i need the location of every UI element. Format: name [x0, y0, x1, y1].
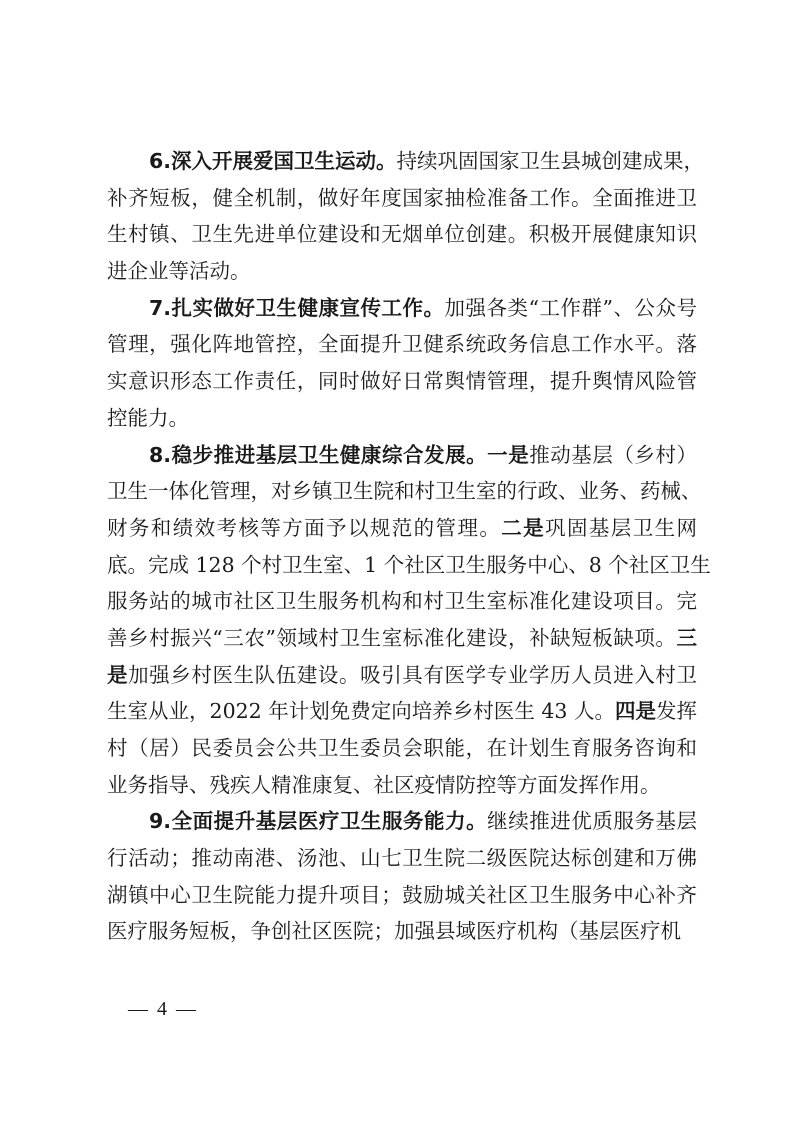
text-line: 卫生一体化管理，对乡镇卫生院和村卫生室的行政、业务、药械、	[107, 473, 697, 510]
body-text: 进企业等活动。	[107, 259, 251, 283]
bold-text: 9.全面提升基层医疗卫生服务能力。	[149, 809, 487, 833]
text-line: 7.扎实做好卫生健康宣传工作。加强各类“工作群”、公众号	[107, 290, 697, 327]
text-line: 是加强乡村医生队伍建设。吸引具有医学专业学历人员进入村卫	[107, 657, 697, 694]
text-line: 实意识形态工作责任，同时做好日常舆情管理，提升舆情风险管	[107, 363, 697, 400]
text-line: 财务和绩效考核等方面予以规范的管理。二是巩固基层卫生网	[107, 510, 697, 547]
text-line: 生室从业，2022 年计划免费定向培养乡村医生 43 人。四是发挥	[107, 693, 697, 730]
document-body: 6.深入开展爱国卫生运动。持续巩固国家卫生县城创建成果，补齐短板，健全机制，做好…	[107, 143, 697, 950]
text-line: 村（居）民委员会公共卫生委员会职能，在计划生育服务咨询和	[107, 730, 697, 767]
text-line: 行活动；推动南港、汤池、山七卫生院二级医院达标创建和万佛	[107, 840, 697, 877]
paragraph-p6: 6.深入开展爱国卫生运动。持续巩固国家卫生县城创建成果，补齐短板，健全机制，做好…	[107, 143, 697, 290]
body-text: 财务和绩效考核等方面予以规范的管理。	[107, 516, 501, 540]
text-line: 补齐短板，健全机制，做好年度国家抽检准备工作。全面推进卫	[107, 180, 697, 217]
paragraph-p8: 8.稳步推进基层卫生健康综合发展。一是推动基层（乡村）卫生一体化管理，对乡镇卫生…	[107, 437, 697, 804]
text-line: 控能力。	[107, 400, 697, 437]
body-text: 加强各类“工作群”、公众号	[445, 296, 697, 320]
body-text: 行活动；推动南港、汤池、山七卫生院二级医院达标创建和万佛	[107, 846, 697, 870]
paragraph-p7: 7.扎实做好卫生健康宣传工作。加强各类“工作群”、公众号管理，强化阵地管控，全面…	[107, 290, 697, 437]
bold-text: 7.扎实做好卫生健康宣传工作。	[149, 296, 445, 320]
text-line: 湖镇中心卫生院能力提升项目；鼓励城关社区卫生服务中心补齐	[107, 877, 697, 914]
body-text: 推动基层（乡村）	[529, 443, 697, 467]
body-text: 管理，强化阵地管控，全面提升卫健系统政务信息工作水平。落	[107, 332, 697, 356]
body-text: 发挥	[656, 699, 697, 723]
text-line: 业务指导、残疾人精准康复、社区疫情防控等方面发挥作用。	[107, 767, 697, 804]
body-text: 补齐短板，健全机制，做好年度国家抽检准备工作。全面推进卫	[107, 186, 697, 210]
body-text: 底。完成 128 个村卫生室、1 个社区卫生服务中心、8 个社区卫生	[107, 553, 711, 577]
body-text: 实意识形态工作责任，同时做好日常舆情管理，提升舆情风险管	[107, 369, 697, 393]
text-line: 9.全面提升基层医疗卫生服务能力。继续推进优质服务基层	[107, 803, 697, 840]
body-text: 医疗服务短板，争创社区医院；加强县域医疗机构（基层医疗机	[107, 919, 681, 943]
text-line: 生村镇、卫生先进单位建设和无烟单位创建。积极开展健康知识	[107, 216, 697, 253]
body-text: 加强乡村医生队伍建设。吸引具有医学专业学历人员进入村卫	[128, 663, 697, 687]
body-text: 持续巩固国家卫生县城创建成果，	[397, 149, 705, 173]
text-line: 底。完成 128 个村卫生室、1 个社区卫生服务中心、8 个社区卫生	[107, 547, 697, 584]
body-text: 业务指导、残疾人精准康复、社区疫情防控等方面发挥作用。	[107, 773, 661, 797]
text-line: 善乡村振兴“三农”领域村卫生室标准化建设，补缺短板缺项。三	[107, 620, 697, 657]
body-text: 生室从业，2022 年计划免费定向培养乡村医生 43 人。	[107, 699, 615, 723]
body-text: 巩固基层卫生网	[545, 516, 697, 540]
text-line: 管理，强化阵地管控，全面提升卫健系统政务信息工作水平。落	[107, 326, 697, 363]
body-text: 生村镇、卫生先进单位建设和无烟单位创建。积极开展健康知识	[107, 222, 697, 246]
bold-text: 一是	[487, 443, 529, 467]
page-number: — 4 —	[128, 998, 198, 1021]
text-line: 8.稳步推进基层卫生健康综合发展。一是推动基层（乡村）	[107, 437, 697, 474]
text-line: 服务站的城市社区卫生服务机构和村卫生室标准化建设项目。完	[107, 583, 697, 620]
body-text: 湖镇中心卫生院能力提升项目；鼓励城关社区卫生服务中心补齐	[107, 883, 697, 907]
text-line: 6.深入开展爱国卫生运动。持续巩固国家卫生县城创建成果，	[107, 143, 697, 180]
body-text: 继续推进优质服务基层	[487, 809, 697, 833]
body-text: 卫生一体化管理，对乡镇卫生院和村卫生室的行政、业务、药械、	[107, 479, 702, 503]
body-text: 控能力。	[107, 406, 189, 430]
bold-text: 6.深入开展爱国卫生运动。	[149, 149, 397, 173]
bold-text: 是	[107, 663, 128, 687]
bold-text: 三	[677, 626, 698, 650]
body-text: 服务站的城市社区卫生服务机构和村卫生室标准化建设项目。完	[107, 589, 697, 613]
text-line: 医疗服务短板，争创社区医院；加强县域医疗机构（基层医疗机	[107, 913, 697, 950]
paragraph-p9: 9.全面提升基层医疗卫生服务能力。继续推进优质服务基层行活动；推动南港、汤池、山…	[107, 803, 697, 950]
bold-text: 四是	[615, 699, 656, 723]
body-text: 善乡村振兴“三农”领域村卫生室标准化建设，补缺短板缺项。	[107, 626, 677, 650]
text-line: 进企业等活动。	[107, 253, 697, 290]
document-page: 6.深入开展爱国卫生运动。持续巩固国家卫生县城创建成果，补齐短板，健全机制，做好…	[0, 0, 793, 1122]
body-text: 村（居）民委员会公共卫生委员会职能，在计划生育服务咨询和	[107, 736, 697, 760]
bold-text: 二是	[501, 516, 545, 540]
bold-text: 8.稳步推进基层卫生健康综合发展。	[149, 443, 487, 467]
